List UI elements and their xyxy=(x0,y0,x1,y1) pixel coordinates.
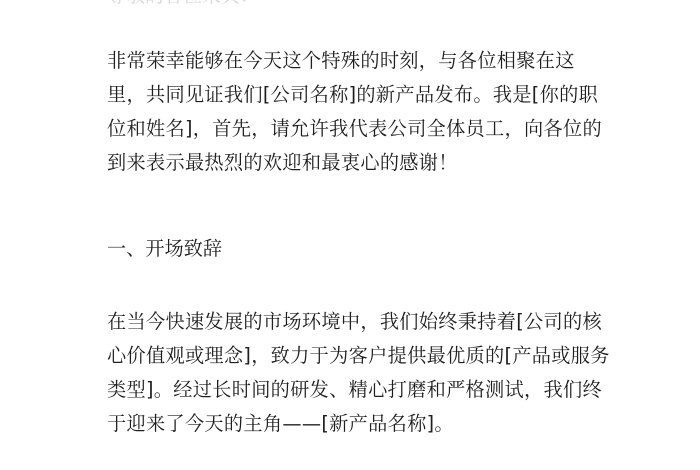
paragraph-line: 里，共同见证我们[公司名称]的新产品发布。我是[你的职 xyxy=(107,78,607,112)
paragraph-line: 到来表示最热烈的欢迎和最衷心的感谢！ xyxy=(107,146,607,180)
cutoff-text-line: 尊敬的各位来宾： xyxy=(107,0,259,6)
intro-paragraph: 非常荣幸能够在今天这个特殊的时刻，与各位相聚在这 里，共同见证我们[公司名称]的… xyxy=(107,44,607,180)
paragraph-line: 在当今快速发展的市场环境中，我们始终秉持着[公司的核 xyxy=(107,305,607,339)
paragraph-line: 非常荣幸能够在今天这个特殊的时刻，与各位相聚在这 xyxy=(107,44,607,78)
paragraph-line: 位和姓名]，首先，请允许我代表公司全体员工，向各位的 xyxy=(107,112,607,146)
paragraph-line: 类型]。经过长时间的研发、精心打磨和严格测试，我们终 xyxy=(107,373,607,407)
paragraph-line: 心价值观或理念]，致力于为客户提供最优质的[产品或服务 xyxy=(107,339,607,373)
section-paragraph: 在当今快速发展的市场环境中，我们始终秉持着[公司的核 心价值观或理念]，致力于为… xyxy=(107,305,607,441)
section-heading: 一、开场致辞 xyxy=(107,232,222,266)
paragraph-line: 于迎来了今天的主角——[新产品名称]。 xyxy=(107,407,607,441)
